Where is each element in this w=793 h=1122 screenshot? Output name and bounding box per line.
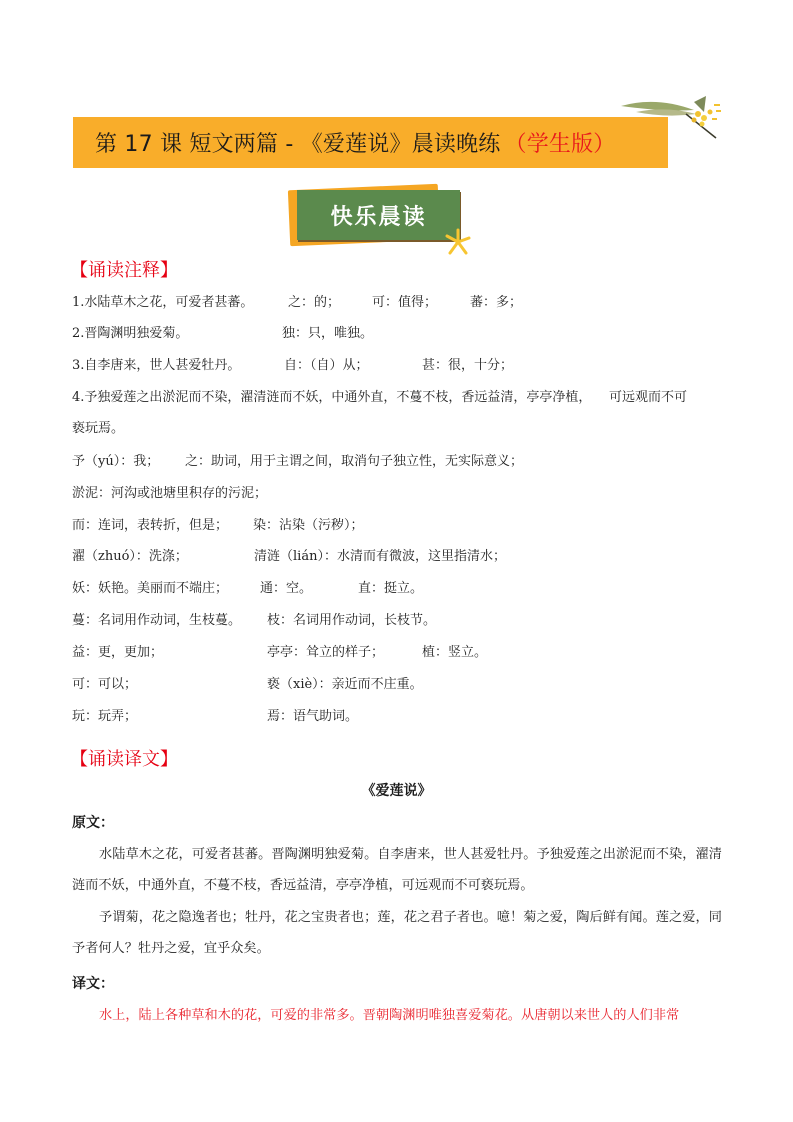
note-text: 可远观而不可 [609, 390, 687, 406]
note-text: 亵（xiè）：亲近而不庄重。 [267, 677, 423, 693]
translation-paragraph: 水上，陆上各种草和木的花，可爱的非常多。晋朝陶渊明唯独喜爱菊花。从唐朝以来世人的… [72, 1000, 722, 1031]
notes-section-heading: 【诵读注释】 [70, 256, 178, 282]
document-page: 第 17 课 短文两篇 - 《爱莲说》晨读晚练 （学生版） 快乐晨读 【诵读注释… [0, 0, 793, 1122]
note-text: 益：更，更加； [72, 645, 163, 661]
note-text: 蔓：名词用作动词，生枝蔓。 [72, 613, 241, 629]
badge-label: 快乐晨读 [330, 200, 426, 231]
note-text: 焉：语气助词。 [267, 709, 358, 725]
note-text: 独：只，唯独。 [282, 326, 373, 342]
note-text: 4.予独爱莲之出淤泥而不染，濯清涟而不妖，中通外直，不蔓不枝，香远益清，亭亭净植… [72, 390, 591, 406]
note-text: 亭亭：耸立的样子； [267, 645, 384, 661]
note-text: 淤泥：河沟或池塘里积存的污泥； [72, 486, 267, 502]
note-text: 予（yú）：我； [72, 454, 159, 470]
note-text: 自：（自）从； [284, 358, 369, 374]
original-paragraph: 予谓菊，花之隐逸者也；牡丹，花之宝贵者也；莲，花之君子者也。噫！菊之爱，陶后鲜有… [72, 902, 722, 964]
note-text: 2.晋陶渊明独爱菊。 [72, 326, 188, 342]
page-title: 第 17 课 短文两篇 - 《爱莲说》晨读晚练 [95, 127, 501, 158]
osmanthus-branch-icon [616, 92, 726, 142]
note-text: 染：沾染（污秽）； [253, 518, 364, 534]
work-title: 《爱莲说》 [0, 780, 793, 800]
edition-label: （学生版） [505, 127, 616, 158]
note-text: 之：助词，用于主谓之间，取消句子独立性，无实际意义； [185, 454, 523, 470]
note-text: 甚：很，十分； [422, 358, 513, 374]
note-text: 1.水陆草木之花，可爱者甚蕃。 [72, 295, 253, 311]
note-text: 植：竖立。 [422, 645, 487, 661]
original-paragraph: 水陆草木之花，可爱者甚蕃。晋陶渊明独爱菊。自李唐来，世人甚爱牡丹。予独爱莲之出淤… [72, 839, 722, 901]
note-text: 玩：玩弄； [72, 709, 137, 725]
morning-reading-badge: 快乐晨读 [297, 190, 460, 240]
note-text: 通：空。 [260, 581, 312, 597]
note-text: 妖：妖艳。美丽而不端庄； [72, 581, 228, 597]
title-banner: 第 17 课 短文两篇 - 《爱莲说》晨读晚练 （学生版） [73, 117, 668, 168]
original-text-label: 原文： [72, 812, 114, 832]
note-text: 3.自李唐来，世人甚爱牡丹。 [72, 358, 240, 374]
note-text: 可：可以； [72, 677, 137, 693]
note-text: 清涟（lián）：水清而有微波，这里指清水； [254, 549, 506, 565]
note-text: 亵玩焉。 [72, 421, 124, 437]
note-text: 而：连词，表转折，但是； [72, 518, 228, 534]
note-text: 濯（zhuó）：洗涤； [72, 549, 188, 565]
translation-label: 译文： [72, 973, 114, 993]
sparkle-icon [445, 228, 471, 256]
note-text: 枝：名词用作动词，长枝节。 [267, 613, 436, 629]
note-text: 之：的； [288, 295, 340, 311]
note-text: 蕃：多； [470, 295, 522, 311]
note-text: 可：值得； [372, 295, 437, 311]
note-text: 直：挺立。 [358, 581, 423, 597]
translation-section-heading: 【诵读译文】 [70, 745, 178, 771]
